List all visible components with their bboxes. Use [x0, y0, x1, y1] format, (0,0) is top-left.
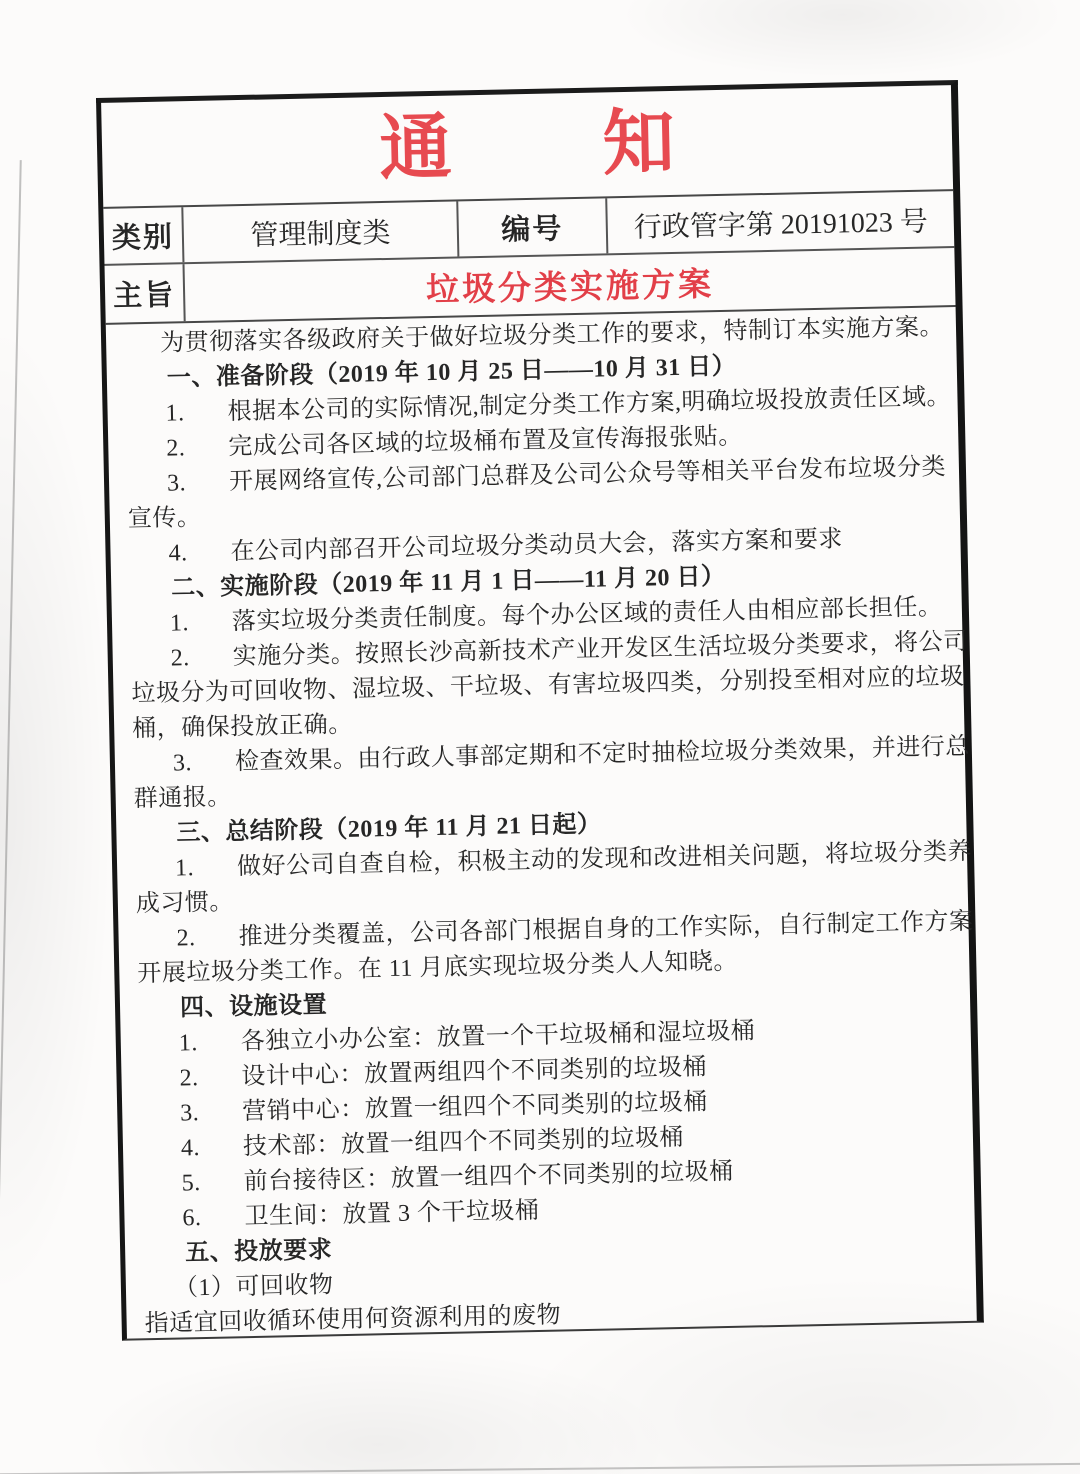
category-label: 类别: [103, 207, 184, 264]
list-number: 2.: [176, 920, 239, 956]
number-label: 编号: [458, 198, 608, 256]
notice-document: 通知 类别 管理制度类 编号 行政管字第 20191023 号 主旨 垃圾分类实…: [96, 80, 984, 1341]
list-number: 2.: [179, 1060, 242, 1096]
list-number: 2.: [170, 640, 233, 676]
list-text: 卫生间：放置 3 个干垃圾桶: [244, 1194, 540, 1235]
list-number: 4.: [181, 1130, 244, 1166]
list-number: 5.: [181, 1165, 244, 1201]
scan-page-bottom-edge: [0, 1463, 1080, 1474]
list-number: 3.: [173, 745, 236, 781]
list-number: 1.: [165, 395, 228, 431]
list-number: 2.: [166, 430, 229, 466]
list-number: 1.: [175, 850, 238, 886]
notice-body: 为贯彻落实各级政府关于做好垃圾分类工作的要求，特制订本实施方案。一、准备阶段（2…: [106, 307, 977, 1343]
scanned-notice-page: { "colors": { "title_red": "#e74a50", "s…: [0, 0, 1080, 1474]
list-number: 4.: [168, 535, 231, 571]
list-number: 3.: [167, 465, 230, 501]
list-number: 3.: [180, 1095, 243, 1131]
number-value: 行政管字第 20191023 号: [607, 191, 954, 253]
notice-title-row: 通知: [101, 85, 953, 207]
category-value: 管理制度类: [183, 201, 459, 262]
notice-title: 通知: [379, 104, 827, 185]
notice-info-table: 类别 管理制度类 编号 行政管字第 20191023 号 主旨 垃圾分类实施方案: [103, 189, 955, 325]
subject-label: 主旨: [105, 264, 186, 323]
list-number: 1.: [170, 605, 233, 641]
scan-page-left-edge: [0, 160, 22, 1474]
list-number: 1.: [178, 1025, 241, 1061]
list-number: 6.: [182, 1200, 245, 1236]
